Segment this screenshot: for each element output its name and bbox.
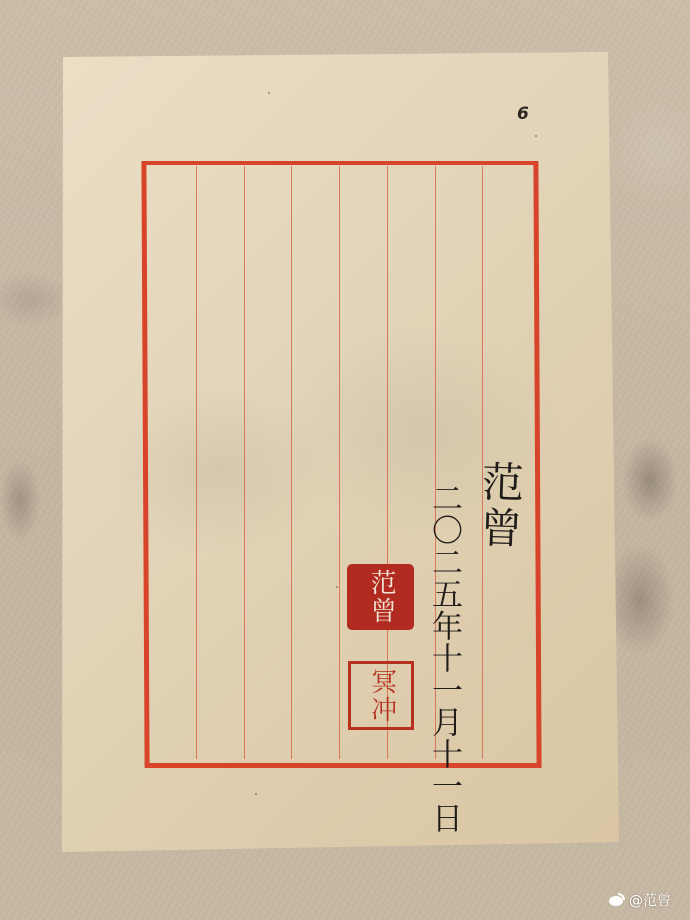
seal-studio: 冥冲: [348, 661, 414, 730]
weibo-watermark: @范曾: [608, 890, 671, 910]
date-inscription: 二〇二五年十一月十一日: [428, 482, 459, 834]
paper-speck: [336, 586, 338, 588]
column-rule: [339, 166, 340, 759]
paper-speck: [255, 793, 257, 795]
page-number: 6: [517, 104, 529, 124]
column-rule: [196, 166, 197, 759]
column-rule: [244, 166, 245, 759]
paper-speck: [535, 135, 537, 137]
signature: 范曾: [476, 459, 521, 552]
seal-name: 范曾: [347, 564, 414, 630]
watermark-text: @范曾: [629, 890, 671, 910]
weibo-icon: [608, 893, 626, 907]
paper-speck: [268, 92, 270, 94]
column-rule: [291, 166, 292, 759]
